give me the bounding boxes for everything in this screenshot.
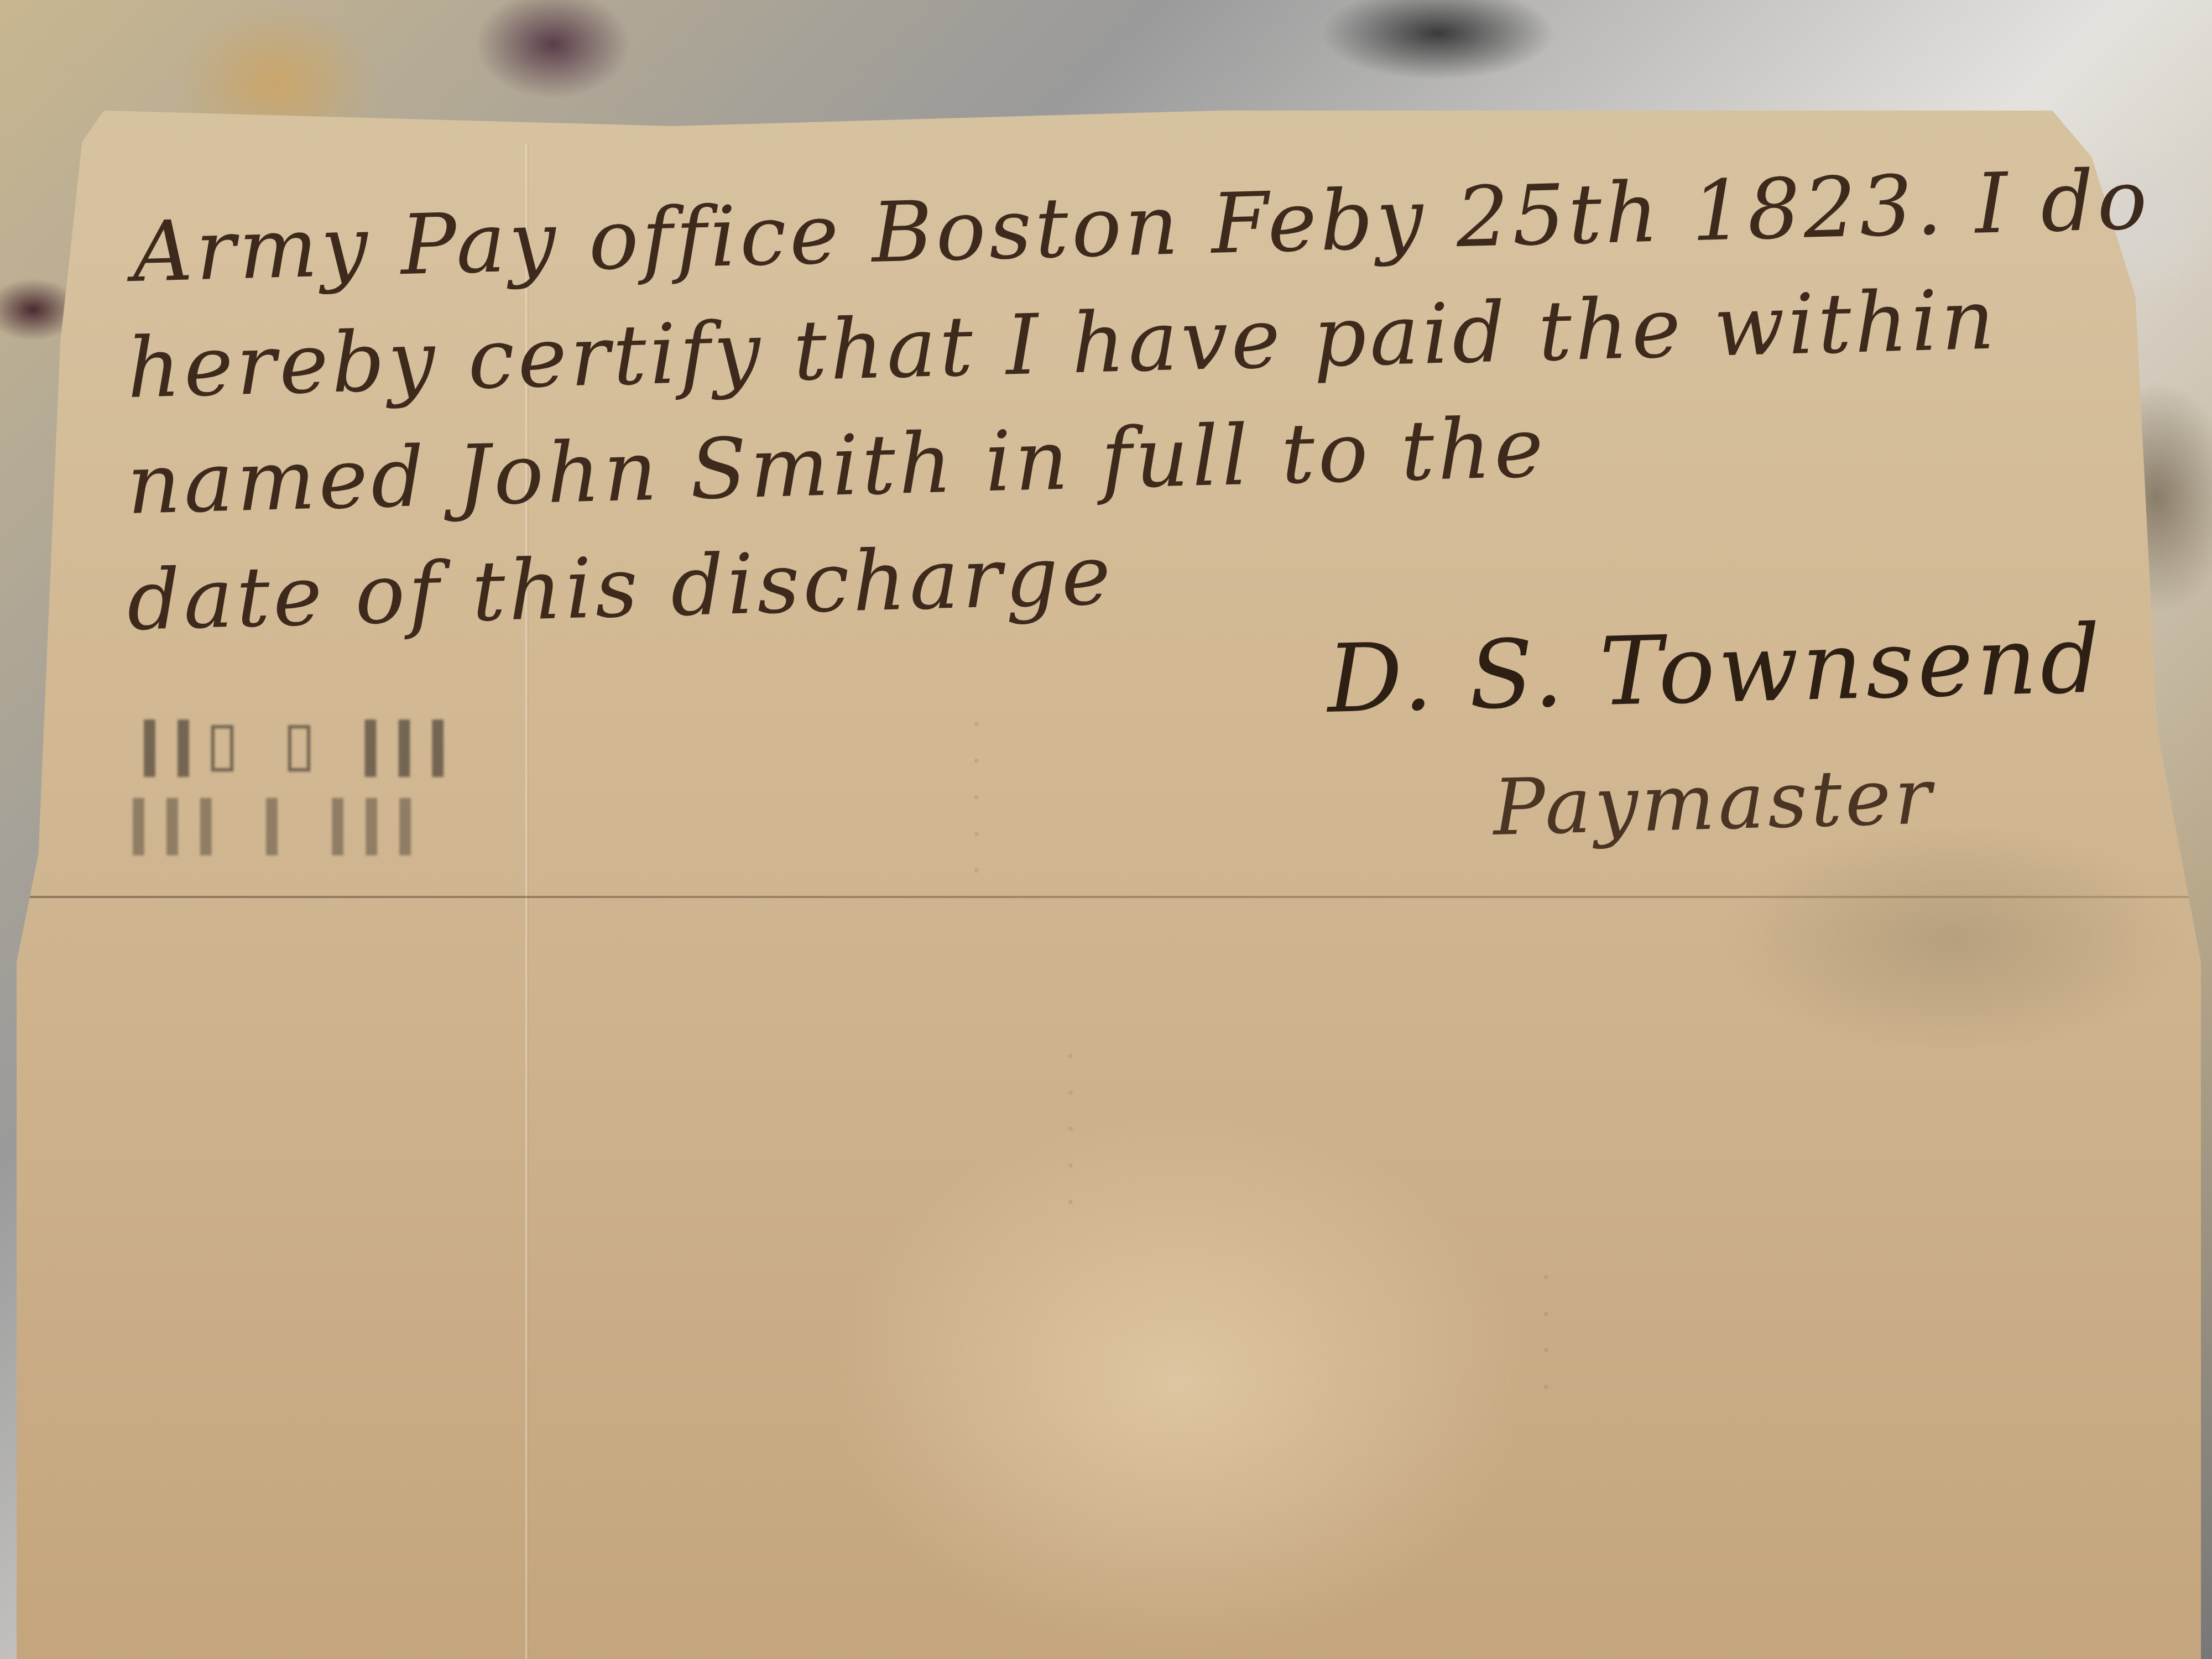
bleed-through-text: · · · · · — [957, 719, 995, 884]
ink-offset-mark: ǀǀ▯ ▯ ǀǀǀ — [138, 708, 460, 779]
bleed-through-text: · · · · · — [1051, 1051, 1089, 1215]
signature-name: D. S. Townsend — [1326, 604, 2105, 734]
ink-offset-mark-mirrored: ǀǀǀ ǀ ǀǀǀ — [127, 796, 427, 867]
horizontal-fold-crease — [17, 896, 2201, 898]
signature-title: Paymaster — [1492, 752, 1936, 853]
bleed-through-text: · · · · — [1526, 1272, 1565, 1400]
